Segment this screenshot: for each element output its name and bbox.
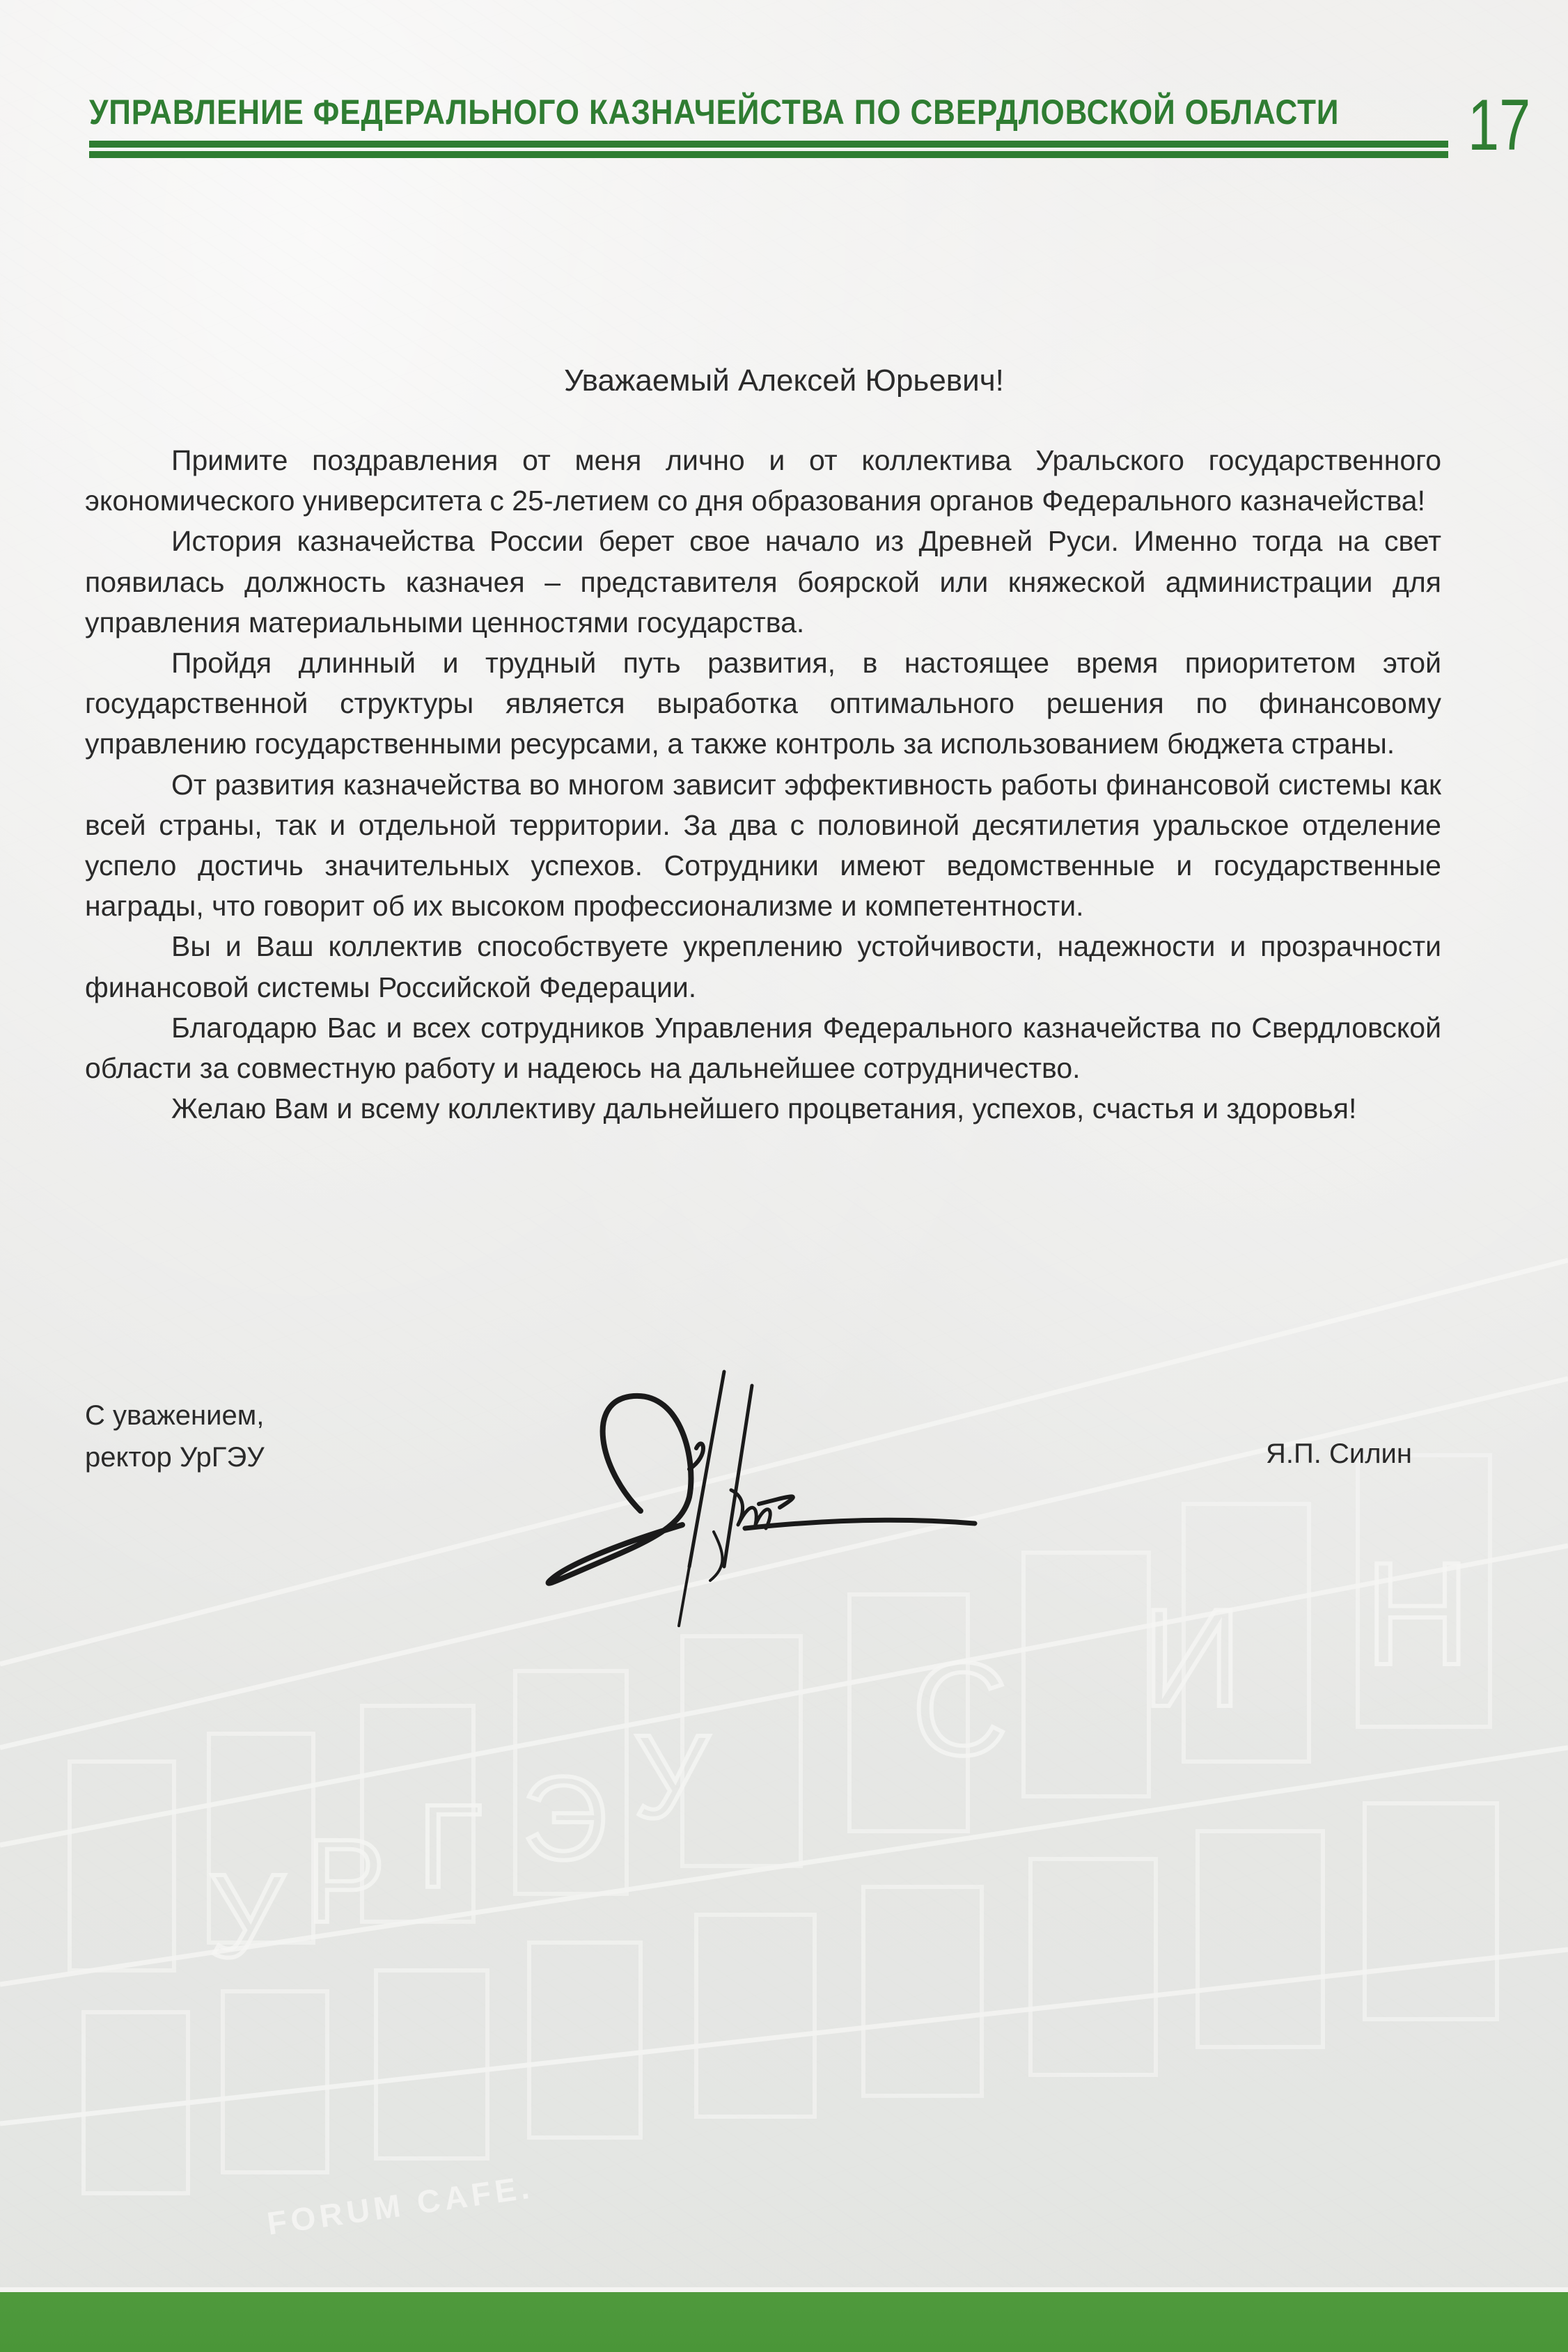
- letter-salutation: Уважаемый Алексей Юрьевич!: [0, 363, 1568, 398]
- header-divider-line: [89, 151, 1448, 158]
- letter-paragraph: История казначейства России берет свое н…: [85, 521, 1441, 643]
- page-number: 17: [1468, 89, 1530, 162]
- signer-name: Я.П. Силин: [1266, 1438, 1412, 1470]
- letter-body: Примите поздравления от меня лично и от …: [85, 440, 1441, 1129]
- letter-paragraph: От развития казначейства во многом завис…: [85, 765, 1441, 927]
- letter-paragraph: Пройдя длинный и трудный путь развития, …: [85, 643, 1441, 765]
- closing-position: ректор УрГЭУ: [85, 1436, 265, 1478]
- signature-icon: [515, 1358, 1142, 1650]
- footer-green-band: [0, 2292, 1568, 2352]
- letter-paragraph: Благодарю Вас и всех сотрудников Управле…: [85, 1008, 1441, 1088]
- header-divider-line: [89, 141, 1448, 148]
- letter-closing: С уважением, ректор УрГЭУ: [85, 1395, 265, 1478]
- letter-paragraph: Желаю Вам и всему коллективу дальнейшего…: [85, 1088, 1441, 1129]
- letter-paragraph: Примите поздравления от меня лично и от …: [85, 440, 1441, 521]
- letter-paragraph: Вы и Ваш коллектив способствуете укрепле…: [85, 926, 1441, 1007]
- closing-regards: С уважением,: [85, 1395, 265, 1436]
- page-background: [0, 0, 1568, 2352]
- header-title: УПРАВЛЕНИЕ ФЕДЕРАЛЬНОГО КАЗНАЧЕЙСТВА ПО …: [89, 92, 1339, 132]
